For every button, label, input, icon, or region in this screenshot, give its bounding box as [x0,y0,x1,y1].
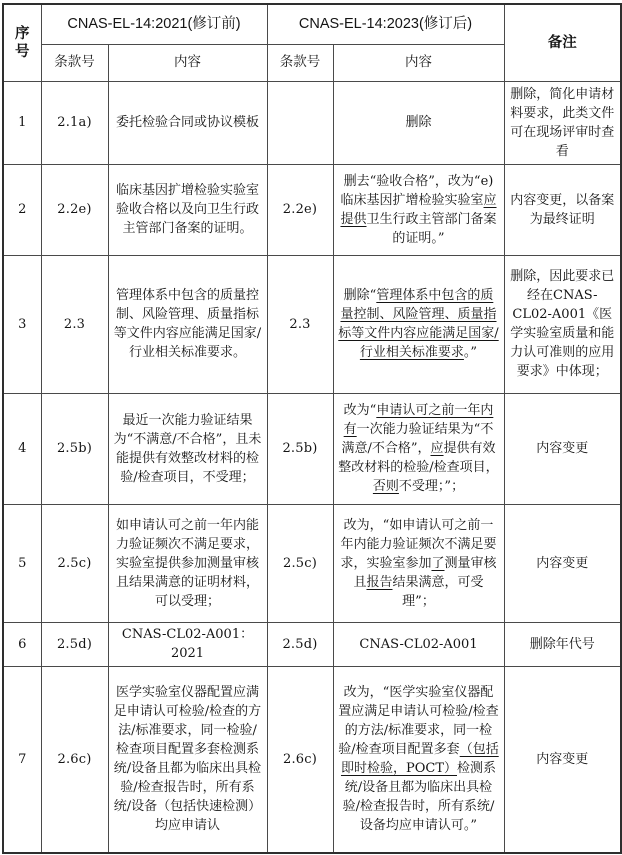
table-row: 6 2.5d) CNAS-CL02-A001：2021 2.5d) CNAS-C… [3,622,621,666]
remark-cell: 删除，因此要求已经在CNAS-CL02-A001《医学实验室质量和能力认可准则的… [504,255,621,393]
content-after-cell: 改为，“医学实验室仪器配置应满足申请认可检验/检查的方法/标准要求，同一检验/检… [333,666,504,853]
clause-before-cell: 2.6c) [41,666,108,853]
content-before-cell: 最近一次能力验证结果为“不满意/不合格”，且未能提供有效整改材料的检验/检查项目… [108,393,267,504]
clause-before-cell: 2.5d) [41,622,108,666]
clause-before-cell: 2.5c) [41,504,108,622]
table-row: 5 2.5c) 如申请认可之前一年内能力验证频次不满足要求，实验室提供参加测量审… [3,504,621,622]
header-clause-before: 条款号 [41,44,108,81]
clause-after-cell: 2.5d) [267,622,333,666]
serial-cell: 2 [3,164,41,255]
content-after-cell: 删除 [333,81,504,164]
content-after-cell: 删去“验收合格”，改为“e) 临床基因扩增检验实验室应提供卫生行政主管部门备案的… [333,164,504,255]
serial-cell: 4 [3,393,41,504]
header-remark: 备注 [504,4,621,81]
clause-before-cell: 2.5b) [41,393,108,504]
content-before-cell: 医学实验室仪器配置应满足申请认可检验/检查的方法/标准要求，同一检验/检查项目配… [108,666,267,853]
content-before-cell: 管理体系中包含的质量控制、风险管理、质量指标等文件内容应能满足国家/行业相关标准… [108,255,267,393]
remark-cell: 内容变更 [504,504,621,622]
header-content-after: 内容 [333,44,504,81]
serial-cell: 6 [3,622,41,666]
clause-after-cell: 2.3 [267,255,333,393]
content-before-cell: 如申请认可之前一年内能力验证频次不满足要求，实验室提供参加测量审核且结果满意的证… [108,504,267,622]
serial-cell: 5 [3,504,41,622]
table-row: 2 2.2e) 临床基因扩增检验实验室验收合格以及向卫生行政主管部门备案的证明。… [3,164,621,255]
clause-before-cell: 2.2e) [41,164,108,255]
header-serial: 序号 [3,4,41,81]
serial-cell: 7 [3,666,41,853]
header-row-1: 序号 CNAS-EL-14:2021(修订前) CNAS-EL-14:2023(… [3,4,621,44]
remark-cell: 删除年代号 [504,622,621,666]
clause-after-cell: 2.5b) [267,393,333,504]
clause-after-cell: 2.5c) [267,504,333,622]
serial-cell: 1 [3,81,41,164]
serial-cell: 3 [3,255,41,393]
table-row: 7 2.6c) 医学实验室仪器配置应满足申请认可检验/检查的方法/标准要求，同一… [3,666,621,853]
table-row: 4 2.5b) 最近一次能力验证结果为“不满意/不合格”，且未能提供有效整改材料… [3,393,621,504]
revision-comparison-table: 序号 CNAS-EL-14:2021(修订前) CNAS-EL-14:2023(… [2,3,622,854]
document-page: 序号 CNAS-EL-14:2021(修订前) CNAS-EL-14:2023(… [0,0,622,855]
header-clause-after: 条款号 [267,44,333,81]
clause-before-cell: 2.1a) [41,81,108,164]
header-content-before: 内容 [108,44,267,81]
remark-cell: 内容变更 [504,666,621,853]
table-row: 1 2.1a) 委托检验合同或协议模板 删除 删除，简化申请材料要求，此类文件可… [3,81,621,164]
clause-before-cell: 2.3 [41,255,108,393]
clause-after-cell: 2.6c) [267,666,333,853]
clause-after-cell: 2.2e) [267,164,333,255]
remark-cell: 内容变更 [504,393,621,504]
clause-after-cell [267,81,333,164]
content-after-cell: 删除“管理体系中包含的质量控制、风险管理、质量指标等文件内容应能满足国家/行业相… [333,255,504,393]
table-row: 3 2.3 管理体系中包含的质量控制、风险管理、质量指标等文件内容应能满足国家/… [3,255,621,393]
content-before-cell: 临床基因扩增检验实验室验收合格以及向卫生行政主管部门备案的证明。 [108,164,267,255]
content-before-cell: 委托检验合同或协议模板 [108,81,267,164]
header-before-standard: CNAS-EL-14:2021(修订前) [41,4,267,44]
content-after-cell: 改为，“如申请认可之前一年内能力验证频次不满足要求，实验室参加了测量审核且报告结… [333,504,504,622]
remark-cell: 删除，简化申请材料要求，此类文件可在现场评审时查看 [504,81,621,164]
content-after-cell: 改为“申请认可之前一年内有一次能力验证结果为“不满意/不合格”，应提供有效整改材… [333,393,504,504]
content-after-cell: CNAS-CL02-A001 [333,622,504,666]
content-before-cell: CNAS-CL02-A001：2021 [108,622,267,666]
header-after-standard: CNAS-EL-14:2023(修订后) [267,4,504,44]
remark-cell: 内容变更，以备案为最终证明 [504,164,621,255]
